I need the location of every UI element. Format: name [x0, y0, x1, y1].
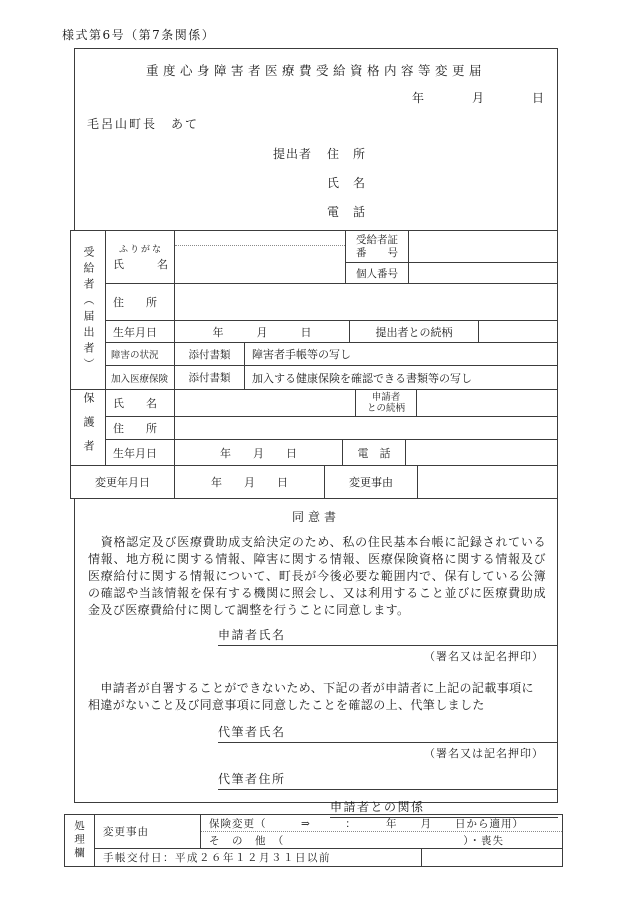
- relation-submitter-value-cell: [479, 321, 557, 342]
- other-line: そ の 他 （ ）・喪失: [201, 832, 562, 848]
- attach-label-2: 添付書類: [175, 366, 245, 389]
- other-close: ）・喪失: [463, 833, 504, 848]
- signature-note-1: （署名又は記名押印）: [75, 648, 557, 664]
- submitter-address-label: 住 所: [327, 145, 366, 162]
- guardian-group-label: 保護者: [71, 390, 106, 465]
- guardian-relation-value-cell: [417, 390, 557, 416]
- cert-number-value-cell: [409, 231, 557, 262]
- disability-row: 障害の状況 添付書類 障害者手帳等の写し: [106, 343, 557, 366]
- guardian-address-value-cell: [175, 417, 557, 439]
- name-row: ふりがな 氏 名 受給者証 番 号: [106, 231, 557, 284]
- submitter-label: 提出者: [273, 145, 327, 162]
- form-number: 様式第6号（第7条関係）: [62, 26, 215, 43]
- submitter-name-label: 氏 名: [327, 174, 366, 191]
- insurance-change-line: 保険変更（ ⇒ ： 年 月 日から適用）: [201, 815, 562, 832]
- other-open: そ の 他 （: [209, 833, 284, 848]
- birth-row: 生年月日 年 月 日 提出者との続柄: [106, 321, 557, 343]
- addressee: 毛呂山町長 あて: [87, 115, 557, 132]
- birth-blanks: 年 月 日: [175, 321, 350, 342]
- guardian-phone-label: 電 話: [343, 440, 406, 465]
- address-label: 住 所: [106, 284, 175, 320]
- submitter-name-row: 氏 名: [273, 174, 557, 191]
- processing-table: 処理欄 変更事由 保険変更（ ⇒ ： 年 月 日から適用） そ の 他 （ ）・…: [64, 814, 563, 867]
- cert-number-label-cell: 受給者証 番 号: [346, 231, 409, 262]
- disability-label: 障害の状況: [106, 343, 175, 365]
- attach-label-1: 添付書類: [175, 343, 245, 365]
- date-blanks: 年 月 日: [75, 89, 557, 106]
- submitter-phone-label: 電 話: [327, 203, 366, 220]
- consent-title: 同意書: [75, 508, 557, 525]
- form-page: 様式第6号（第7条関係） 重度心身障害者医療費受給資格内容等変更届 年 月 日 …: [0, 0, 630, 903]
- recipient-group: 受給者（届出者） ふりがな 氏 名 受給: [71, 231, 557, 390]
- change-reason-label: 変更事由: [325, 466, 418, 498]
- handbook-issue-date: 手帳交付日：平成２６年１２月３１日以前: [95, 849, 422, 866]
- change-row: 変更年月日 年 月 日 変更事由: [71, 466, 557, 498]
- proxy-name-line: 代筆者氏名: [218, 723, 557, 743]
- processing-reason-label: 変更事由: [95, 815, 201, 848]
- proxy-text: 申請者が自署することができないため、下記の者が申請者に上記の記載事項に相違がない…: [88, 680, 546, 714]
- change-date-label: 変更年月日: [71, 466, 175, 498]
- form-title: 重度心身障害者医療費受給資格内容等変更届: [75, 61, 557, 79]
- guardian-birth-blanks: 年 月 日: [175, 440, 343, 465]
- recipient-group-label: 受給者（届出者）: [71, 231, 106, 389]
- applicant-name-line: 申請者氏名: [218, 626, 557, 646]
- insurance-row: 加入医療保険 添付書類 加入する健康保険を確認できる書類等の写し: [106, 366, 557, 389]
- proxy-address-line: 代筆者住所: [218, 770, 557, 790]
- main-form-box: 重度心身障害者医療費受給資格内容等変更届 年 月 日 毛呂山町長 あて 提出者 …: [74, 48, 558, 803]
- birth-label: 生年月日: [106, 321, 175, 342]
- insurance-doc: 加入する健康保険を確認できる書類等の写し: [245, 366, 557, 389]
- guardian-address-label: 住 所: [106, 417, 175, 439]
- furigana-label: ふりがな: [119, 242, 163, 255]
- guardian-birth-row: 生年月日 年 月 日 電 話: [106, 440, 557, 465]
- guardian-relation-label-cell: 申請者 との続柄: [356, 390, 417, 416]
- address-row: 住 所: [106, 284, 557, 321]
- change-reason-value-cell: [418, 466, 557, 498]
- consent-section: 同意書 資格認定及び医療費助成支給決定のため、私の住民基本台帳に記録されている情…: [75, 496, 557, 818]
- guardian-name-label: 氏 名: [106, 390, 175, 416]
- guardian-phone-value-cell: [406, 440, 557, 465]
- signature-note-2: （署名又は記名押印）: [75, 745, 557, 761]
- change-date-blanks: 年 月 日: [175, 466, 325, 498]
- name-label-cell: ふりがな 氏 名: [106, 231, 175, 283]
- personal-number-value-cell: [409, 263, 557, 283]
- processing-empty-cell: [422, 849, 562, 866]
- recipient-table: 受給者（届出者） ふりがな 氏 名 受給: [70, 230, 558, 499]
- cert-number-row: 受給者証 番 号: [346, 231, 557, 263]
- guardian-address-row: 住 所: [106, 417, 557, 440]
- personal-number-row: 個人番号: [346, 263, 557, 283]
- submitter-phone-row: 電 話: [273, 203, 557, 220]
- consent-body: 資格認定及び医療費助成支給決定のため、私の住民基本台帳に記録されている情報、地方…: [88, 534, 546, 619]
- personal-number-label: 個人番号: [346, 263, 409, 283]
- processing-group-label: 処理欄: [65, 815, 95, 866]
- guardian-birth-label: 生年月日: [106, 440, 175, 465]
- address-value-cell: [175, 284, 557, 320]
- furigana-divider: [175, 245, 345, 246]
- guardian-group: 保護者 氏 名 申請者 との続柄 住 所: [71, 390, 557, 466]
- guardian-name-row: 氏 名 申請者 との続柄: [106, 390, 557, 417]
- name-value-cell: [175, 231, 346, 283]
- guardian-name-value-cell: [175, 390, 356, 416]
- submitter-address-row: 提出者 住 所: [273, 145, 557, 162]
- insurance-label: 加入医療保険: [106, 366, 175, 389]
- relation-submitter-label: 提出者との続柄: [350, 321, 479, 342]
- disability-doc: 障害者手帳等の写し: [245, 343, 557, 365]
- submitter-block: 提出者 住 所 氏 名 電 話: [273, 145, 557, 220]
- name-label: 氏 名: [113, 256, 168, 272]
